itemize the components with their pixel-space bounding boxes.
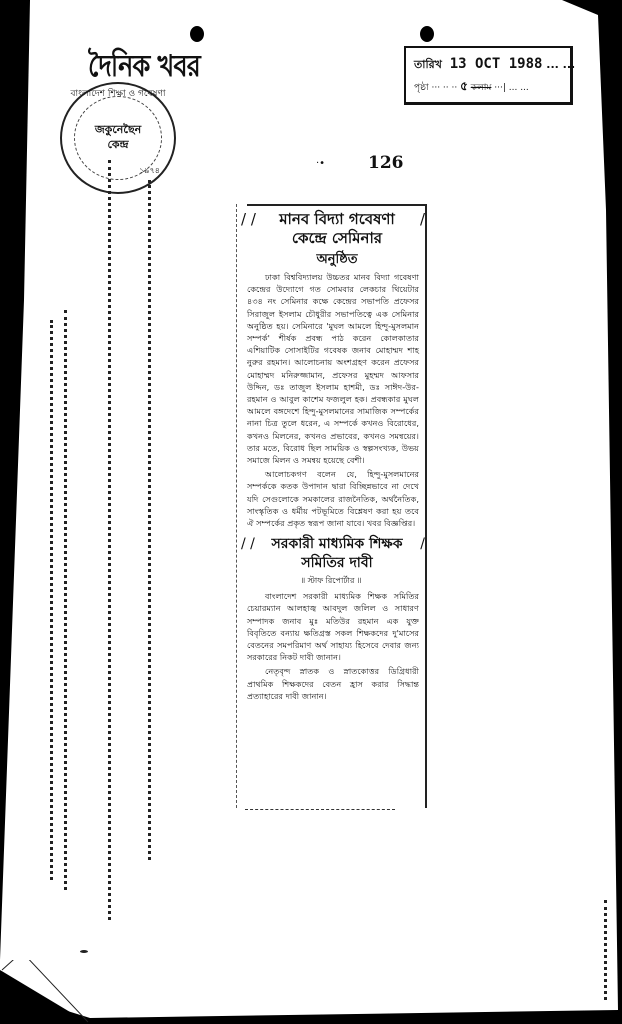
- speck: [80, 950, 88, 953]
- clipping-bottom-rule: [245, 809, 395, 810]
- stamp-center-line2: কেন্দ্র: [62, 137, 174, 152]
- clipping-top-rule: [247, 204, 425, 206]
- punch-hole: [190, 26, 204, 42]
- page-label: পৃষ্ঠা: [414, 83, 429, 93]
- article-1: মানব বিদ্যা গবেষণা কেন্দ্রে সেমিনার অনুষ…: [237, 210, 425, 529]
- article-1-subheadline: অনুষ্ঠিত: [255, 250, 419, 269]
- date-trailing: ... ...: [546, 58, 575, 71]
- article-1-paragraph: ঢাকা বিশ্ববিদ্যালয় উচ্চতর মানব বিদ্যা গ…: [237, 271, 425, 466]
- date-value: 13 OCT 1988: [450, 56, 543, 72]
- article-2-paragraph: বাংলাদেশ সরকারী মাধ্যমিক শিক্ষক সমিতির চ…: [237, 590, 425, 663]
- article-2: সরকারী মাধ্যমিক শিক্ষক সমিতির দাবী ॥ স্ট…: [237, 535, 425, 702]
- stamp-year: ১৯৭৪: [139, 165, 160, 178]
- stamp-ring-text: বাংলাদেশ শিক্ষা ও গবেষণা: [62, 86, 174, 101]
- folded-corner: [0, 960, 100, 1024]
- margin-dotted-line: [108, 160, 114, 920]
- article-2-byline: ॥ স্টাফ রিপোর্টার ॥: [237, 575, 425, 588]
- library-stamp: বাংলাদেশ শিক্ষা ও গবেষণা জকুনেছৈন কেন্দ্…: [60, 82, 176, 194]
- stamp-center-text: জকুনেছৈন কেন্দ্র: [62, 122, 174, 152]
- margin-dotted-line: [148, 180, 154, 860]
- margin-dotted-line: [64, 310, 70, 890]
- headline-line1: মানব বিদ্যা গবেষণা: [255, 210, 419, 229]
- headline-line2: কেন্দ্রে সেমিনার: [255, 229, 419, 248]
- page-number: 126: [368, 153, 404, 173]
- stamp-center-line1: জকুনেছৈন: [62, 122, 174, 137]
- article-1-paragraph: আলোচকগণ বলেন যে, হিন্দু-মুসলমানের সম্পর্…: [237, 468, 425, 529]
- date-row: তারিখ 13 OCT 1988 ... ...: [414, 56, 575, 75]
- newspaper-clipping: মানব বিদ্যা গবেষণা কেন্দ্রে সেমিনার অনুষ…: [236, 204, 427, 808]
- date-stamp-box: তারিখ 13 OCT 1988 ... ... পৃষ্ঠা ··· ·· …: [404, 46, 573, 105]
- page-column-row: পৃষ্ঠা ··· ·· ·· ৫ কলাম ···| ... ...: [414, 78, 529, 98]
- article-2-paragraph: নেতৃবৃন্দ স্নাতক ও স্নাতকোত্তর ডিগ্রিধার…: [237, 665, 425, 702]
- date-label: তারিখ: [414, 58, 442, 71]
- article-2-headline: সরকারী মাধ্যমিক শিক্ষক সমিতির দাবী: [255, 535, 419, 573]
- headline-line2: সমিতির দাবী: [255, 554, 419, 573]
- page-value: ৫: [460, 79, 468, 93]
- article-1-headline: মানব বিদ্যা গবেষণা কেন্দ্রে সেমিনার: [255, 210, 419, 248]
- punch-hole: [420, 26, 434, 42]
- headline-line1: সরকারী মাধ্যমিক শিক্ষক: [255, 535, 419, 554]
- column-label: কলাম: [471, 83, 492, 93]
- margin-dotted-line: [50, 320, 56, 880]
- page-trailing: ... ...: [509, 83, 529, 93]
- edge-specks: [604, 900, 610, 1000]
- speck-marks: ·•: [316, 158, 325, 169]
